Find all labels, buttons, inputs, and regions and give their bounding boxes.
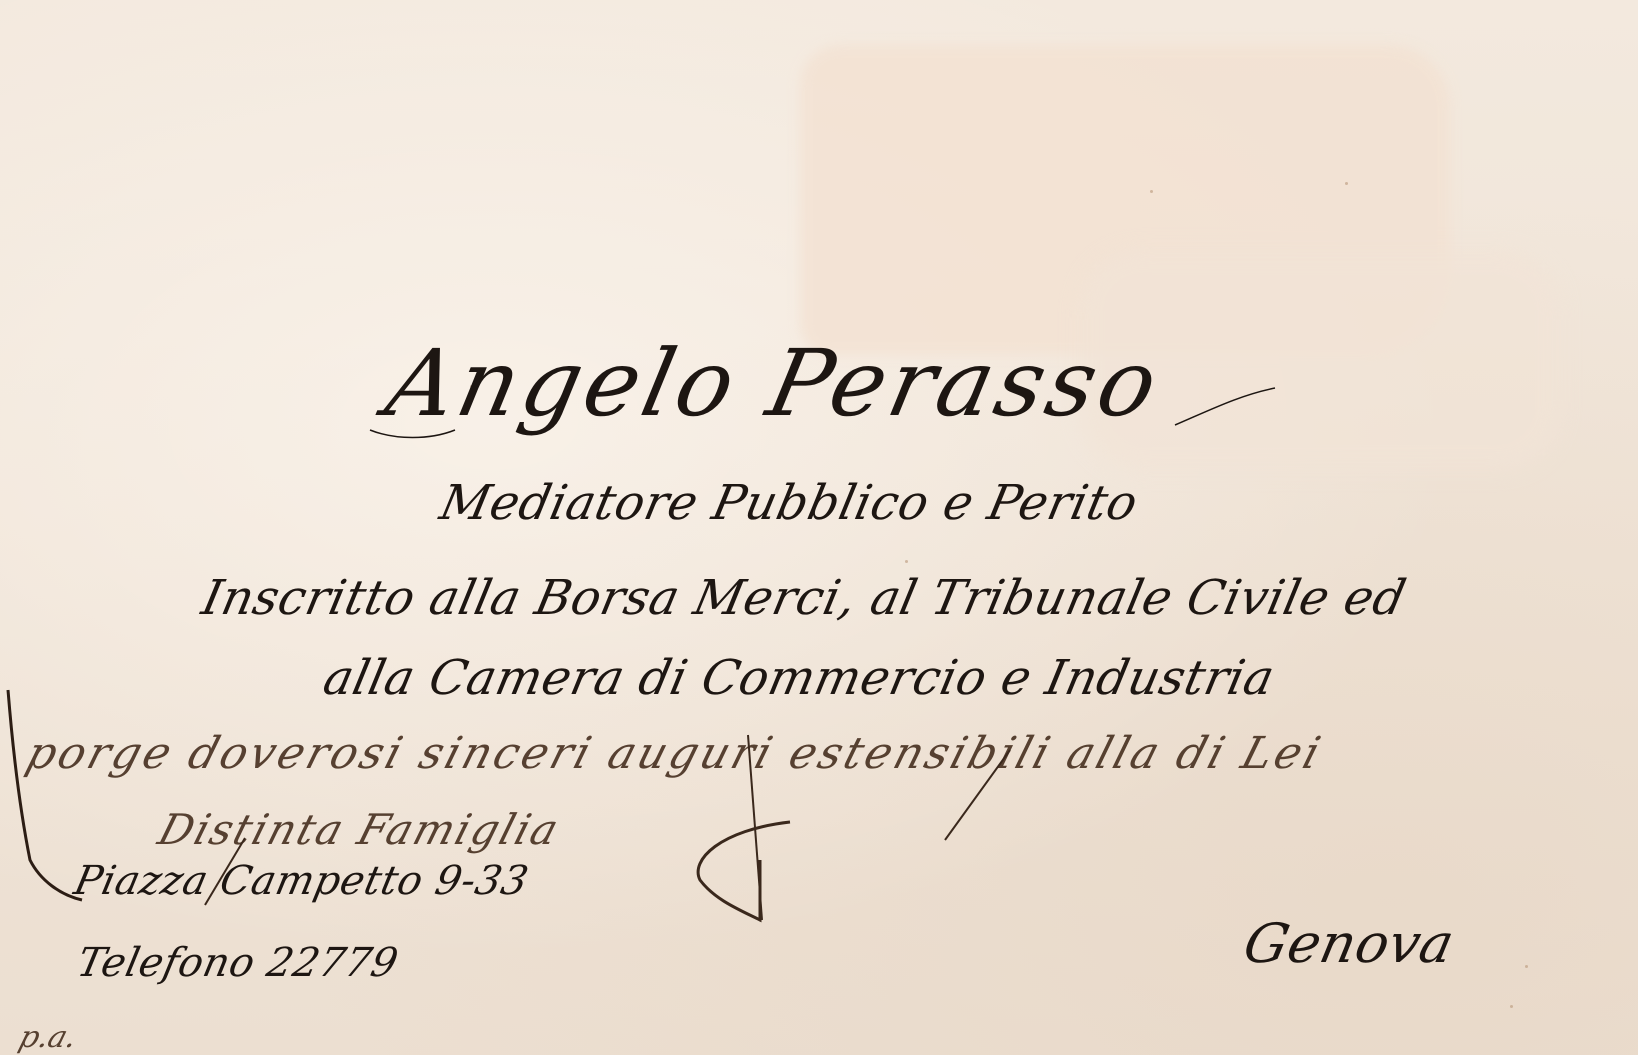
paper-speck <box>1345 182 1348 185</box>
handwritten-greeting-line-1: porge doverosi sinceri auguri estensibil… <box>21 728 1329 779</box>
profession-title: Mediatore Pubblico e Perito <box>0 475 1614 531</box>
signature-flourish-stroke <box>698 822 790 920</box>
paper-speck <box>905 560 908 563</box>
street-address: Piazza Campetto 9-33 <box>70 858 533 904</box>
paper-speck <box>1510 1005 1513 1008</box>
affiliation-line-1: Inscritto alla Borsa Merci, al Tribunale… <box>0 570 1629 626</box>
telephone-number: Telefono 22779 <box>73 940 402 986</box>
city-name: Genova <box>1238 912 1459 975</box>
handwritten-greeting-line-2: Distinta Famiglia <box>153 805 566 854</box>
holder-name: Angelo Perasso <box>0 330 1604 437</box>
business-card: Angelo Perasso Mediatore Pubblico e Peri… <box>0 0 1638 1055</box>
paper-speck <box>1150 190 1153 193</box>
paper-speck <box>1525 965 1528 968</box>
handwritten-initials: p.a. <box>15 1020 81 1055</box>
affiliation-line-2: alla Camera di Commercio e Industria <box>0 650 1624 706</box>
left-bracket-stroke <box>8 690 82 900</box>
